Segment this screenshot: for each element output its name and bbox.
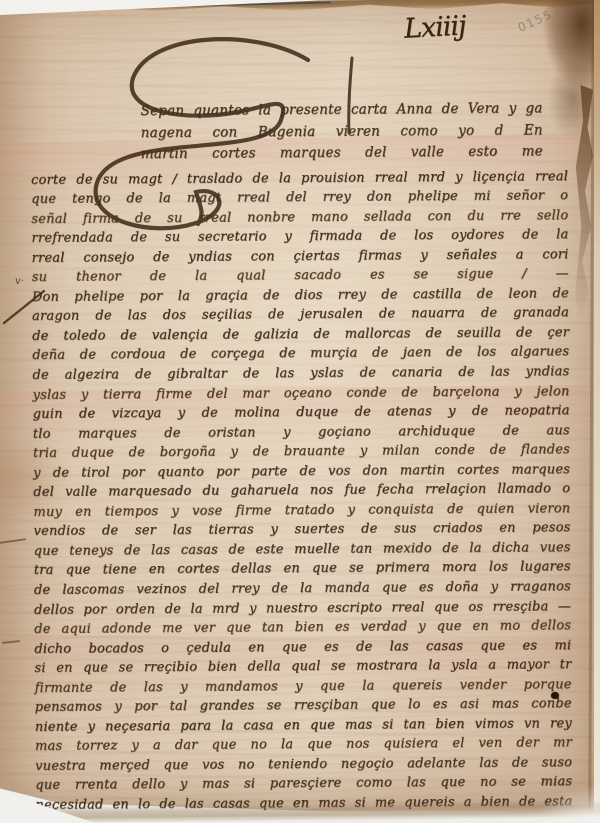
corner-background-bottom-right [520,777,600,823]
manuscript-text-line: Sepan quantos la presente carta Anna de … [141,98,543,122]
manuscript-scan: Sepan quantos la presente carta Anna de … [0,0,600,823]
manuscript-text-line: martin cortes marques del valle esto me [141,141,543,165]
margin-note: v· [15,276,24,287]
folio-number-ink: Lxiiij [403,10,466,44]
manuscript-text-block: Sepan quantos la presente carta Anna de … [31,98,573,815]
manuscript-text-line: nagena con Bugenia vieren como yo d En [141,120,543,144]
ink-blot-dot [551,692,559,699]
opening-paragraph: Sepan quantos la presente carta Anna de … [141,98,543,165]
right-page-edge [594,0,600,823]
body-paragraph: corte de su magt / traslado de la prouis… [31,167,572,816]
